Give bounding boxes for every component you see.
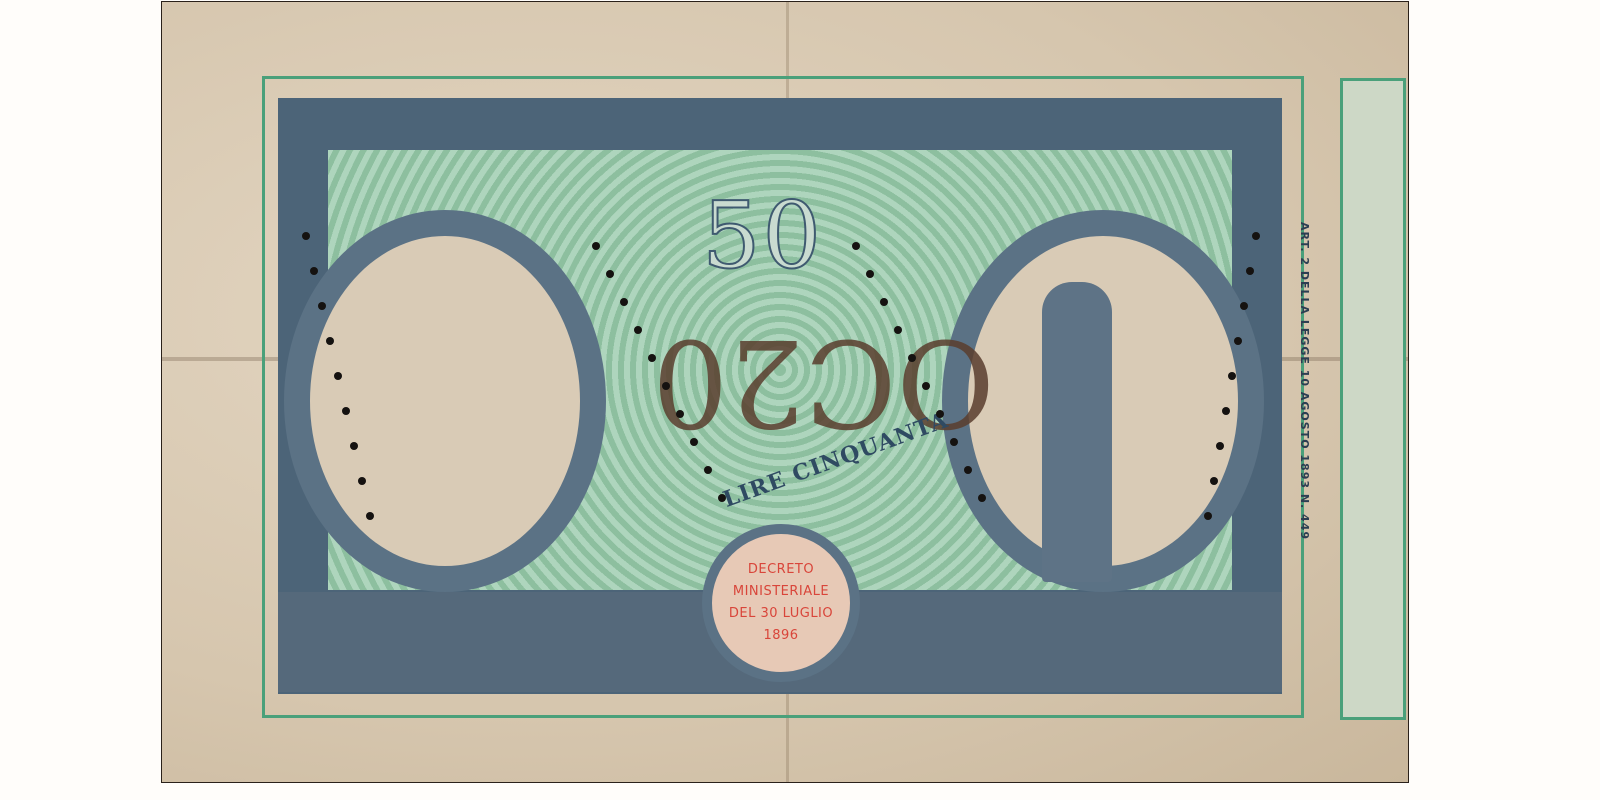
perforation-hole <box>880 298 888 306</box>
perforation-hole <box>936 410 944 418</box>
perforation-hole <box>866 270 874 278</box>
perforation-hole <box>358 477 366 485</box>
perforation-hole <box>718 494 726 502</box>
perforation-hole <box>676 410 684 418</box>
perforation-hole <box>894 326 902 334</box>
perforation-hole <box>1204 512 1212 520</box>
seal-line-1: DECRETO <box>748 559 814 581</box>
perforation-hole <box>908 354 916 362</box>
perforation-hole <box>704 466 712 474</box>
perforation-hole <box>1240 302 1248 310</box>
perforation-hole <box>648 354 656 362</box>
perforation-hole <box>1228 372 1236 380</box>
perforation-hole <box>302 232 310 240</box>
perforation-hole <box>350 442 358 450</box>
perforation-hole <box>342 407 350 415</box>
side-legend: ART. 2 DELLA LEGGE 10 AGOSTO 1893 N. 449 <box>1298 222 1311 540</box>
seal-line-2: MINISTERIALE <box>733 581 829 603</box>
perforation-hole <box>334 372 342 380</box>
denomination-numeral: 50 <box>702 182 823 289</box>
perforation-hole <box>1222 407 1230 415</box>
left-watermark-oval <box>284 210 606 592</box>
perforation-hole <box>964 466 972 474</box>
perforation-hole <box>634 326 642 334</box>
perforation-hole <box>1216 442 1224 450</box>
perforation-hole <box>1246 267 1254 275</box>
perforation-hole <box>690 438 698 446</box>
right-ornamental-strip <box>1340 78 1406 720</box>
banknote: 50 OC20 LIRE CINQUANTA DECRETO MINISTERI… <box>162 2 1408 782</box>
perforation-hole <box>1252 232 1260 240</box>
perforation-hole <box>310 267 318 275</box>
seal-line-4: 1896 <box>763 625 798 647</box>
perforation-hole <box>1210 477 1218 485</box>
decree-seal: DECRETO MINISTERIALE DEL 30 LUGLIO 1896 <box>702 524 860 682</box>
perforation-hole <box>662 382 670 390</box>
perforation-hole <box>852 242 860 250</box>
perforation-hole <box>620 298 628 306</box>
seal-line-3: DEL 30 LUGLIO <box>729 603 833 625</box>
perforation-hole <box>366 512 374 520</box>
perforation-hole <box>922 382 930 390</box>
perforation-hole <box>950 438 958 446</box>
perforation-hole <box>592 242 600 250</box>
allegorical-figure <box>1042 282 1112 582</box>
perforation-hole <box>326 337 334 345</box>
perforation-hole <box>1234 337 1242 345</box>
perforation-hole <box>978 494 986 502</box>
perforation-hole <box>318 302 326 310</box>
perforation-hole <box>606 270 614 278</box>
